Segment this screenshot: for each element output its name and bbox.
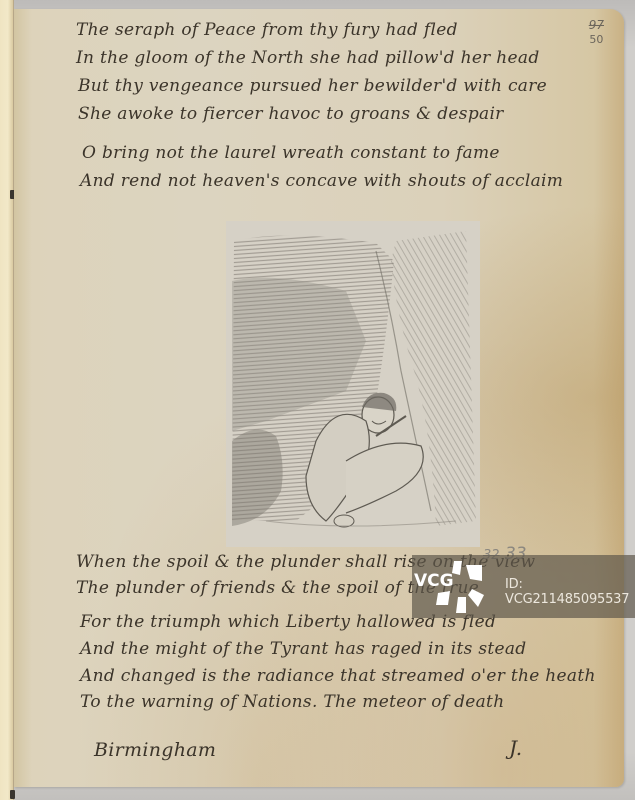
binding-edge — [0, 0, 14, 800]
watermark-overlay: VCG ID: VCG211485095537 — [412, 555, 635, 618]
folio-number: 97 50 — [589, 19, 604, 45]
watermark-logo-text: VCG — [414, 571, 454, 591]
poem-line: But thy vengeance pursued her bewilder'd… — [78, 76, 547, 96]
folio-new-number: 50 — [589, 34, 604, 45]
poem-line: O bring not the laurel wreath constant t… — [82, 143, 500, 163]
poem-line: In the gloom of the North she had pillow… — [76, 48, 540, 68]
sketch-drawing — [226, 221, 480, 547]
folio-old-number: 97 — [589, 19, 604, 31]
poem-line: And rend not heaven's concave with shout… — [80, 171, 563, 191]
place-name: Birmingham — [94, 739, 216, 761]
poem-line: To the warning of Nations. The meteor of… — [80, 692, 504, 712]
gutter-shadow — [14, 9, 32, 787]
pencil-sketch-illustration — [226, 221, 480, 547]
poem-line: And the might of the Tyrant has raged in… — [80, 639, 526, 659]
watermark-id: ID: VCG211485095537 — [505, 577, 635, 607]
manuscript-page: 97 50 The seraph of Peace from thy fury … — [14, 9, 624, 787]
signature-initial: J. — [509, 736, 522, 760]
poem-line: And changed is the radiance that streame… — [80, 666, 596, 686]
binding-thread — [10, 790, 15, 799]
poem-line: The seraph of Peace from thy fury had fl… — [76, 20, 458, 40]
poem-line: She awoke to fiercer havoc to groans & d… — [78, 104, 504, 124]
